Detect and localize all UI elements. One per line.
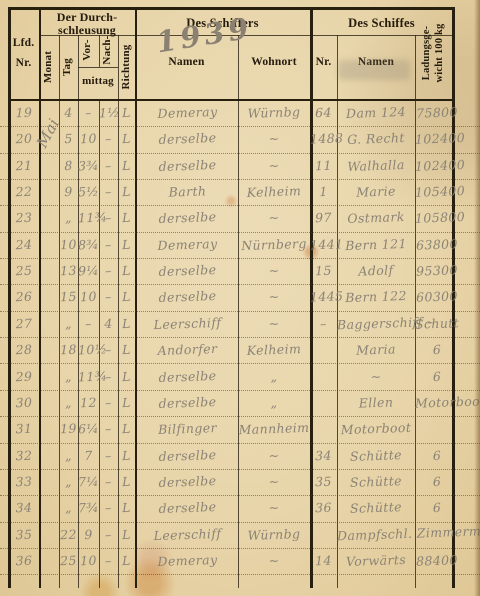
cell-schiffer-name: Leerschiff xyxy=(137,520,239,550)
cell-ladungsgewicht: 95300 xyxy=(413,257,460,285)
cell-nachmittag: – xyxy=(99,442,119,469)
cell-ladungsgewicht: 6 xyxy=(413,442,460,470)
table-row: 26 15 10 – L derselbe ~ 1445 Bern 122 60… xyxy=(0,284,480,311)
cell-schiffer-name: derselbe xyxy=(137,388,239,418)
cell-richtung: L xyxy=(118,469,136,496)
table-row: 34 „ 7¾ – L derselbe ~ 36 Schütte 6 xyxy=(0,495,480,522)
cell-lfd-nr: 25 xyxy=(12,258,37,285)
cell-tag: „ xyxy=(59,442,79,469)
cell-wohnort: Nürnberg xyxy=(238,231,311,260)
cell-ladungsgewicht: 102400 xyxy=(413,152,460,180)
cell-vormittag: 10 xyxy=(78,284,100,311)
cell-schiff-nr: – xyxy=(310,310,338,337)
cell-schiff-nr: 64 xyxy=(310,100,338,127)
header-lfd-line1: Lfd. xyxy=(13,34,35,54)
cell-ladungsgewicht xyxy=(413,521,460,549)
table-row: 36 25 10 – L Demeray ~ 14 Vorwärts 88400 xyxy=(0,548,480,575)
cell-nachmittag: – xyxy=(99,521,119,548)
cell-schiff-name: Ostmark xyxy=(337,204,416,233)
cell-nachmittag: – xyxy=(99,258,119,285)
cell-schiff-nr: 1 xyxy=(310,179,338,206)
cell-richtung: L xyxy=(118,311,136,338)
cell-tag: 19 xyxy=(59,416,79,443)
cell-tag: 18 xyxy=(59,337,79,364)
cell-wohnort: ~ xyxy=(238,547,311,576)
cell-schiff-nr: 34 xyxy=(310,442,338,469)
cell-schiff-nr xyxy=(310,389,338,416)
cell-wohnort: ~ xyxy=(238,283,311,312)
cell-richtung: L xyxy=(118,152,136,179)
cell-ladungsgewicht: 102400 xyxy=(413,126,460,154)
divider-vor-nach-header xyxy=(99,35,100,67)
cell-schiffer-name: derselbe xyxy=(137,125,239,155)
cell-wohnort: Kelheim xyxy=(238,336,311,365)
cell-tag: „ xyxy=(59,495,79,522)
cell-vormittag: 7¾ xyxy=(78,495,100,522)
cell-ladungsgewicht: 105800 xyxy=(413,205,460,233)
table-row: 19 4 – 1½ L Demeray Würnbg 64 Dam 124 75… xyxy=(0,100,480,127)
cell-vormittag: 10 xyxy=(78,548,100,575)
cell-nachmittag: – xyxy=(99,205,119,232)
cell-richtung: L xyxy=(118,100,136,127)
cell-nachmittag: 4 xyxy=(99,310,119,337)
ledger-table: Lfd. Nr. Der Durch- schleusung Monat Tag… xyxy=(0,0,480,596)
cell-lfd-nr: 32 xyxy=(12,442,37,469)
cell-tag: „ xyxy=(59,363,79,390)
cell-schiff-nr: 97 xyxy=(310,205,338,232)
header-col-ladungsgewicht: Ladungsge- wicht 100 kg xyxy=(421,9,447,97)
cell-schiff-nr: 1445 xyxy=(310,284,338,311)
table-row: 32 „ 7 – L derselbe ~ 34 Schütte 6 xyxy=(0,443,480,470)
cell-richtung: L xyxy=(118,442,136,469)
header-ladung-line2: wicht 100 kg xyxy=(434,9,447,97)
cell-wohnort: „ xyxy=(238,389,311,418)
cell-schiffer-name: derselbe xyxy=(137,204,239,234)
cell-tag: 25 xyxy=(59,548,79,575)
cell-schiffer-name: Leerschiff xyxy=(137,309,239,339)
cell-richtung: L xyxy=(118,179,136,206)
cell-schiff-name: Maria xyxy=(337,336,416,365)
cell-schiffer-name: derselbe xyxy=(137,362,239,392)
cell-schiff-nr xyxy=(310,363,338,390)
page-edge-shadow xyxy=(474,0,480,596)
cell-lfd-nr: 27 xyxy=(12,310,37,337)
cell-richtung: L xyxy=(118,495,136,522)
cell-schiffer-name: Andorfer xyxy=(137,335,239,365)
cell-nachmittag: – xyxy=(99,363,119,390)
cell-vormittag: 9 xyxy=(78,521,100,548)
cell-wohnort: ~ xyxy=(238,310,311,339)
cell-schiff-name: Adolf xyxy=(337,257,416,286)
cell-schiffer-name: derselbe xyxy=(137,493,239,523)
cell-ladungsgewicht: 6 xyxy=(413,468,460,496)
table-row: 33 „ 7¼ – L derselbe ~ 35 Schütte 6 xyxy=(0,469,480,496)
cell-ladungsgewicht xyxy=(413,415,460,443)
cell-nachmittag: – xyxy=(99,231,119,258)
cell-ladungsgewicht: 75800 xyxy=(413,99,460,127)
cell-lfd-nr: 28 xyxy=(12,337,37,364)
cell-wohnort: Würnbg xyxy=(238,99,311,128)
cell-wohnort: ~ xyxy=(238,494,311,523)
table-row: 22 9 5½ – L Barth Kelheim 1 Marie 105400 xyxy=(0,179,480,206)
cell-tag: „ xyxy=(59,469,79,496)
cell-vormittag: 6¼ xyxy=(78,416,100,443)
cell-schiffer-name: derselbe xyxy=(137,467,239,497)
cell-nachmittag: – xyxy=(99,548,119,575)
cell-schiff-name: Baggerschiff – xyxy=(337,309,416,338)
cell-vormittag: 10½ xyxy=(78,337,100,364)
cell-vormittag: 7 xyxy=(78,442,100,469)
cell-schiff-nr: 1441 xyxy=(310,231,338,258)
header-col-mittag: mittag xyxy=(78,75,118,87)
cell-lfd-nr: 21 xyxy=(12,152,37,179)
table-row: 25 13 9¼ – L derselbe ~ 15 Adolf 95300 xyxy=(0,258,480,285)
cell-wohnort: Mannheim xyxy=(238,415,311,444)
cell-ladungsgewicht: 105400 xyxy=(413,178,460,206)
cell-schiff-name: Ellen xyxy=(337,388,416,417)
cell-vormittag: 10 xyxy=(78,126,100,153)
cell-tag: 8 xyxy=(59,152,79,179)
cell-vormittag: 11¾ xyxy=(78,205,100,232)
cell-schiff-name: Dampfschl. Zimmermann xyxy=(337,520,416,549)
cell-wohnort: ~ xyxy=(238,125,311,154)
cell-ladungsgewicht: 88400 xyxy=(413,547,460,575)
header-col-nach: Nach- xyxy=(101,19,115,81)
table-row: 29 „ 11¾ – L derselbe „ ~ 6 xyxy=(0,364,480,391)
cell-nachmittag: 1½ xyxy=(99,100,119,127)
cell-nachmittag: – xyxy=(99,284,119,311)
cell-lfd-nr: 22 xyxy=(12,179,37,206)
cell-tag: 22 xyxy=(59,521,79,548)
cell-schiff-nr xyxy=(310,521,338,548)
cell-richtung: L xyxy=(118,258,136,285)
cell-schiff-name: Bern 121 xyxy=(337,230,416,259)
cell-schiffer-name: Demeray xyxy=(137,546,239,576)
cell-richtung: L xyxy=(118,521,136,548)
header-ladung-line1: Ladungsge- xyxy=(421,9,434,97)
cell-nachmittag: – xyxy=(99,495,119,522)
pencil-smudge xyxy=(338,60,410,80)
cell-ladungsgewicht: 63800 xyxy=(413,231,460,259)
cell-richtung: L xyxy=(118,337,136,364)
cell-tag: 5 xyxy=(59,126,79,153)
cell-schiff-name: G. Recht xyxy=(337,125,416,154)
header-lfd-line2: Nr. xyxy=(16,54,32,74)
cell-lfd-nr: 36 xyxy=(12,548,37,575)
cell-schiff-name: Marie xyxy=(337,178,416,207)
cell-schiff-name: Vorwärts xyxy=(337,547,416,576)
cell-vormittag: 9¼ xyxy=(78,258,100,285)
cell-wohnort: ~ xyxy=(238,441,311,470)
cell-richtung: L xyxy=(118,548,136,575)
cell-tag: 9 xyxy=(59,179,79,206)
header-col-schiff-nr: Nr. xyxy=(310,56,337,68)
cell-schiff-nr: 1488 xyxy=(310,126,338,153)
cell-wohnort: Kelheim xyxy=(238,178,311,207)
cell-lfd-nr: 35 xyxy=(12,521,37,548)
cell-lfd-nr: 24 xyxy=(12,231,37,258)
cell-nachmittag: – xyxy=(99,179,119,206)
table-row: 35 22 9 – L Leerschiff Würnbg Dampfschl.… xyxy=(0,522,480,549)
header-col-wohnort: Wohnort xyxy=(238,56,310,68)
cell-richtung: L xyxy=(118,390,136,417)
cell-lfd-nr: 33 xyxy=(12,468,37,495)
cell-schiff-nr xyxy=(310,337,338,364)
cell-tag: 10 xyxy=(59,231,79,258)
table-row: 28 18 10½ – L Andorfer Kelheim Maria 6 xyxy=(0,337,480,364)
cell-lfd-nr: 31 xyxy=(12,416,37,443)
cell-ladungsgewicht: 6 xyxy=(413,494,460,522)
cell-ladungsgewicht: Motorboot xyxy=(413,389,460,417)
cell-nachmittag: – xyxy=(99,416,119,443)
cell-lfd-nr: 30 xyxy=(12,389,37,416)
cell-wohnort: „ xyxy=(238,362,311,391)
table-row: 21 8 3¾ – L derselbe ~ 11 Walhalla 10240… xyxy=(0,153,480,180)
cell-ladungsgewicht: 6 xyxy=(413,336,460,364)
header-col-richtung: Richtung xyxy=(120,35,134,99)
cell-nachmittag: – xyxy=(99,390,119,417)
cell-schiff-nr: 35 xyxy=(310,468,338,495)
cell-schiffer-name: derselbe xyxy=(137,441,239,471)
cell-schiff-name: Schütte xyxy=(337,468,416,497)
table-row: 30 „ 12 – L derselbe „ Ellen Motorboot xyxy=(0,390,480,417)
cell-richtung: L xyxy=(118,416,136,443)
cell-lfd-nr: 19 xyxy=(12,100,37,127)
cell-wohnort: ~ xyxy=(238,151,311,180)
cell-schiff-name: Schütte xyxy=(337,441,416,470)
cell-vormittag: – xyxy=(78,310,100,337)
cell-wohnort: ~ xyxy=(238,204,311,233)
cell-schiff-name: Dam 124 xyxy=(337,99,416,128)
cell-vormittag: 11¾ xyxy=(78,363,100,390)
header-lfd-nr: Lfd. Nr. xyxy=(8,7,39,100)
cell-vormittag: 5½ xyxy=(78,179,100,206)
cell-tag: „ xyxy=(59,390,79,417)
cell-wohnort: ~ xyxy=(238,468,311,497)
header-col-monat: Monat xyxy=(42,36,56,98)
cell-wohnort: Würnbg xyxy=(238,520,311,549)
table-row: 24 10 8¾ – L Demeray Nürnberg 1441 Bern … xyxy=(0,232,480,259)
cell-richtung: L xyxy=(118,363,136,390)
cell-nachmittag: – xyxy=(99,469,119,496)
cell-nachmittag: – xyxy=(99,126,119,153)
cell-tag: 15 xyxy=(59,284,79,311)
cell-richtung: L xyxy=(118,205,136,232)
cell-schiffer-name: Demeray xyxy=(137,98,239,128)
cell-vormittag: – xyxy=(78,100,100,127)
table-row: 31 19 6¼ – L Bilfinger Mannheim Motorboo… xyxy=(0,416,480,443)
cell-vormittag: 8¾ xyxy=(78,231,100,258)
cell-schiffer-name: Barth xyxy=(137,177,239,207)
cell-schiffer-name: derselbe xyxy=(137,256,239,286)
cell-vormittag: 7¼ xyxy=(78,469,100,496)
cell-tag: 13 xyxy=(59,258,79,285)
cell-ladungsgewicht: 60300 xyxy=(413,284,460,312)
cell-richtung: L xyxy=(118,284,136,311)
cell-lfd-nr: 20 xyxy=(12,126,37,153)
cell-schiff-name: Motorboot xyxy=(337,415,416,444)
ledger-page: Lfd. Nr. Der Durch- schleusung Monat Tag… xyxy=(0,0,480,596)
cell-tag: 4 xyxy=(59,100,79,127)
cell-lfd-nr: 26 xyxy=(12,284,37,311)
table-row: 20 5 10 – L derselbe ~ 1488 G. Recht 102… xyxy=(0,126,480,153)
cell-schiff-name: Bern 122 xyxy=(337,283,416,312)
cell-schiff-name: Schütte xyxy=(337,494,416,523)
cell-richtung: L xyxy=(118,231,136,258)
cell-schiffer-name: Bilfinger xyxy=(137,414,239,444)
cell-schiff-nr: 14 xyxy=(310,547,338,574)
table-row: 27 „ – 4 L Leerschiff ~ – Baggerschiff –… xyxy=(0,311,480,338)
cell-tag: „ xyxy=(59,310,79,337)
cell-ladungsgewicht: 6 xyxy=(413,363,460,391)
cell-nachmittag: – xyxy=(99,337,119,364)
cell-schiff-nr: 15 xyxy=(310,258,338,285)
cell-tag: „ xyxy=(59,205,79,232)
cell-vormittag: 3¾ xyxy=(78,152,100,179)
cell-lfd-nr: 23 xyxy=(12,205,37,232)
header-col-schiffer-namen: Namen xyxy=(135,56,238,68)
cell-wohnort: ~ xyxy=(238,257,311,286)
cell-schiffer-name: Demeray xyxy=(137,230,239,260)
cell-lfd-nr: 34 xyxy=(12,495,37,522)
cell-richtung: L xyxy=(118,126,136,153)
cell-lfd-nr: 29 xyxy=(12,363,37,390)
cell-ladungsgewicht: Schutt xyxy=(413,310,460,338)
cell-schiffer-name: derselbe xyxy=(137,283,239,313)
cell-nachmittag: – xyxy=(99,152,119,179)
cell-schiff-name: Walhalla xyxy=(337,151,416,180)
cell-schiff-nr: 36 xyxy=(310,495,338,522)
header-col-tag: Tag xyxy=(61,36,75,98)
header-col-vor: Vor- xyxy=(81,19,95,81)
cell-schiff-name: ~ xyxy=(337,362,416,391)
cell-schiff-nr: 11 xyxy=(310,152,338,179)
table-row: 23 „ 11¾ – L derselbe ~ 97 Ostmark 10580… xyxy=(0,205,480,232)
cell-schiff-nr xyxy=(310,416,338,443)
cell-schiffer-name: derselbe xyxy=(137,151,239,181)
cell-vormittag: 12 xyxy=(78,389,100,416)
